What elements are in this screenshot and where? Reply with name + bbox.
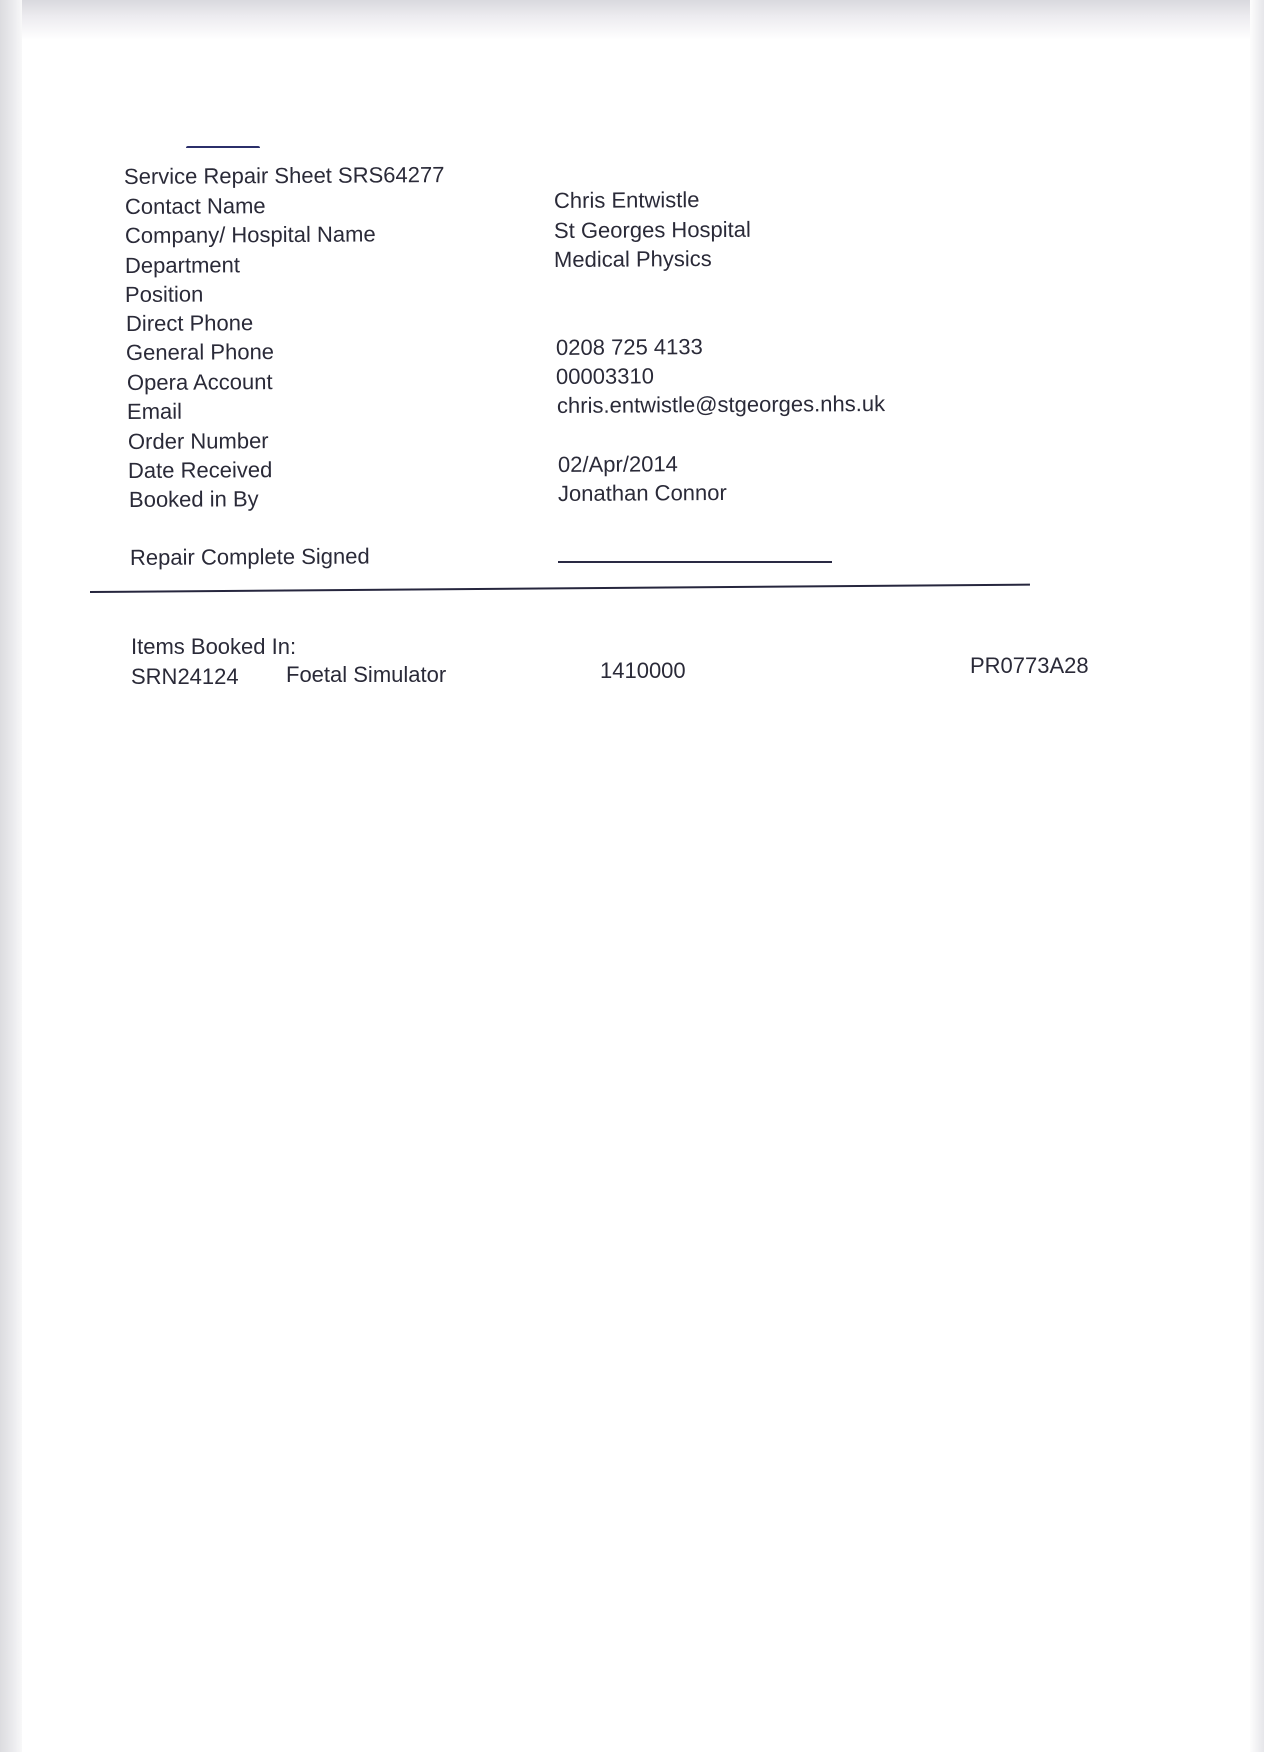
label-direct-phone: Direct Phone — [126, 310, 253, 337]
value-email: chris.entwistle@stgeorges.nhs.uk — [557, 391, 885, 419]
section-divider — [90, 584, 1030, 593]
pen-mark — [186, 146, 260, 152]
label-position: Position — [125, 282, 203, 308]
label-department: Department — [125, 252, 240, 279]
label-opera-account: Opera Account — [127, 369, 273, 396]
label-repair-complete-signed: Repair Complete Signed — [130, 544, 370, 571]
label-contact-name: Contact Name — [125, 193, 266, 220]
label-order-number: Order Number — [128, 428, 269, 455]
label-general-phone: General Phone — [126, 339, 274, 366]
label-company: Company/ Hospital Name — [125, 221, 376, 249]
scan-shadow-right — [1250, 0, 1264, 1752]
value-booked-in-by: Jonathan Connor — [558, 480, 727, 507]
label-booked-in-by: Booked in By — [129, 486, 259, 513]
value-department: Medical Physics — [554, 246, 712, 273]
value-date-received: 02/Apr/2014 — [558, 451, 678, 478]
document-title: Service Repair Sheet SRS64277 — [124, 162, 445, 190]
value-general-phone: 0208 725 4133 — [556, 334, 703, 361]
item-srn: SRN24124 — [131, 664, 239, 690]
scan-shadow-left — [0, 0, 22, 1752]
signature-line — [558, 561, 832, 563]
label-email: Email — [127, 399, 182, 425]
value-company: St Georges Hospital — [554, 217, 751, 244]
scan-shadow-top — [0, 0, 1264, 40]
items-heading: Items Booked In: — [131, 634, 296, 660]
item-part-number: 1410000 — [600, 658, 686, 684]
item-serial: PR0773A28 — [970, 653, 1089, 679]
value-contact-name: Chris Entwistle — [554, 187, 700, 214]
item-description: Foetal Simulator — [286, 662, 446, 688]
label-date-received: Date Received — [128, 457, 272, 484]
value-opera-account: 00003310 — [556, 363, 654, 390]
